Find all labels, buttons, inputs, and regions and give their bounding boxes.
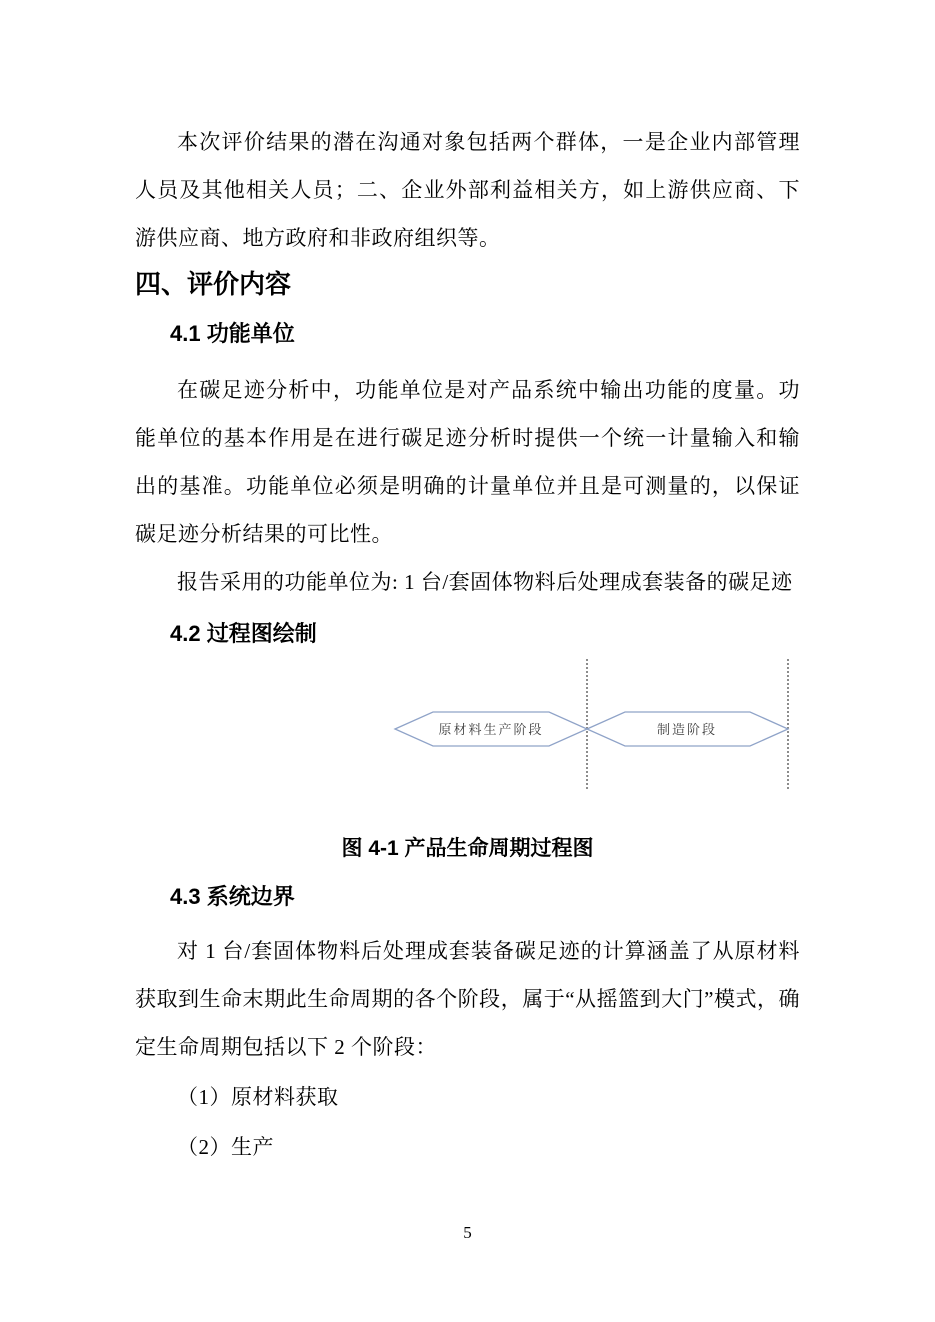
heading-4-2: 4.2 过程图绘制 bbox=[135, 618, 800, 650]
stage-label-raw-material: 原材料生产阶段 bbox=[438, 722, 543, 737]
stage-label-manufacturing: 制造阶段 bbox=[657, 722, 717, 737]
document-page: 本次评价结果的潜在沟通对象包括两个群体，一是企业内部管理人员及其他相关人员；二、… bbox=[0, 0, 935, 1322]
paragraph-functional-unit-definition: 在碳足迹分析中，功能单位是对产品系统中输出功能的度量。功能单位的基本作用是在进行… bbox=[135, 366, 800, 558]
process-diagram: 原材料生产阶段 制造阶段 bbox=[135, 654, 800, 809]
figure-caption: 图 4-1 产品生命周期过程图 bbox=[135, 833, 800, 865]
page-content: 本次评价结果的潜在沟通对象包括两个群体，一是企业内部管理人员及其他相关人员；二、… bbox=[0, 0, 935, 1171]
page-number: 5 bbox=[0, 1222, 935, 1244]
paragraph-system-boundary: 对 1 台/套固体物料后处理成套装备碳足迹的计算涵盖了从原材料获取到生命末期此生… bbox=[135, 927, 800, 1071]
main-heading: 四、评价内容 bbox=[135, 266, 800, 302]
heading-4-1: 4.1 功能单位 bbox=[135, 318, 800, 350]
lifecycle-process-figure: 原材料生产阶段 制造阶段 bbox=[265, 654, 795, 804]
list-item-production: （2）生产 bbox=[135, 1123, 800, 1171]
heading-4-3: 4.3 系统边界 bbox=[135, 881, 800, 913]
intro-paragraph: 本次评价结果的潜在沟通对象包括两个群体，一是企业内部管理人员及其他相关人员；二、… bbox=[135, 118, 800, 262]
paragraph-functional-unit-value: 报告采用的功能单位为: 1 台/套固体物料后处理成套装备的碳足迹 bbox=[135, 558, 800, 606]
list-item-raw-material-acquisition: （1）原材料获取 bbox=[135, 1073, 800, 1121]
